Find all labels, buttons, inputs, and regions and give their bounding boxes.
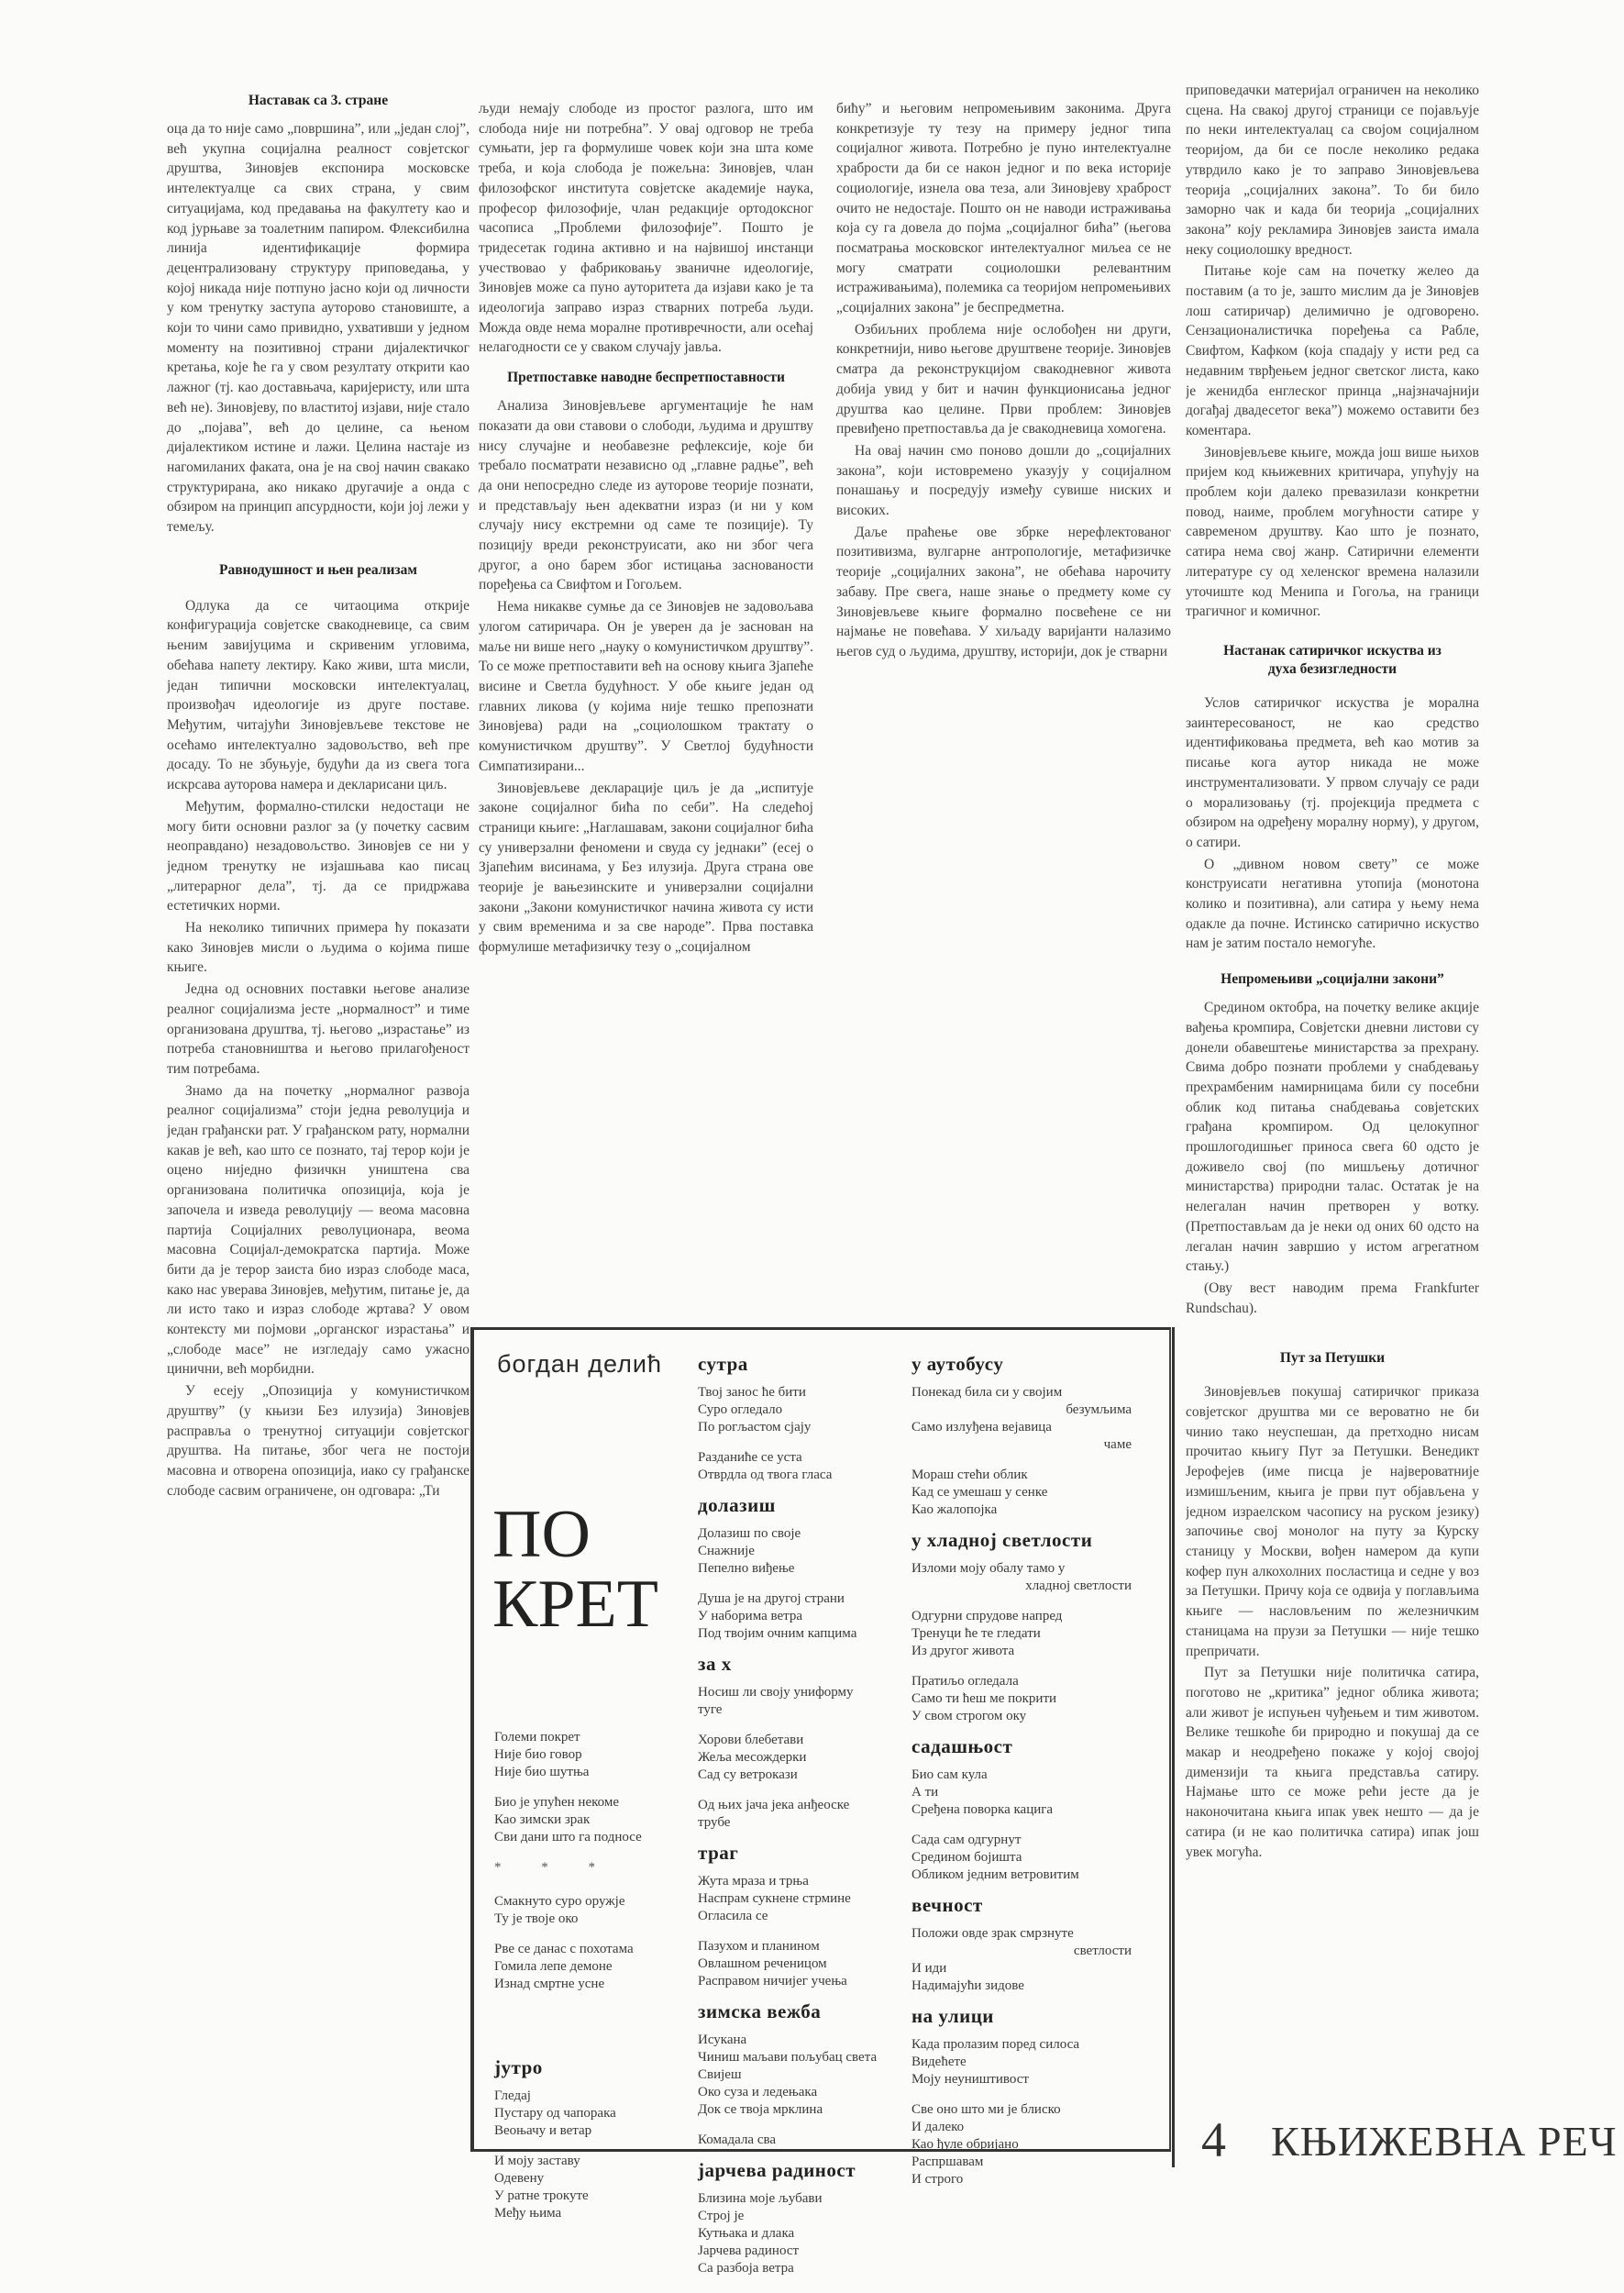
poem-title: долазиш bbox=[698, 1497, 890, 1514]
poem-stanza: Када пролазим поред силосаВидећетеМоју н… bbox=[911, 2036, 1132, 2088]
poem-title: садашњост bbox=[911, 1738, 1132, 1756]
poem-cycle-title: ПО КРЕТ bbox=[492, 1500, 658, 1639]
poem-column-middle: сутраТвој занос ће битиСуро огледалоПо р… bbox=[698, 1346, 890, 2290]
poem-line: Пратиљо огледала bbox=[911, 1673, 1132, 1690]
poem-line: Кутњака и длака bbox=[698, 2225, 890, 2243]
poem-line: Огласила се bbox=[698, 1908, 890, 1925]
poem-line: Расправом ничијег учења bbox=[698, 1973, 890, 1990]
poem-line: Ту је твоје око bbox=[494, 1911, 678, 1928]
col1-paragraphs-a: оца да то није само „површина”, или „јед… bbox=[167, 119, 470, 537]
poem-line: Веоњачу и ветар bbox=[494, 2122, 678, 2140]
poem-column-left: Големи покретНије био говорНије био шутњ… bbox=[494, 1729, 678, 2235]
poem-line: Био је упућен некоме bbox=[494, 1794, 678, 1811]
article-column-2: људи немају слободе из простог разлога, … bbox=[479, 99, 813, 1314]
poem-line: Наспрам сукнене стрмине bbox=[698, 1890, 890, 1908]
poem-stanza: Пазухом и планиномОвлашном реченицомРасп… bbox=[698, 1938, 890, 1990]
poem-title: зимска вежба bbox=[698, 2003, 890, 2021]
poem-line: Душа је на другој страни bbox=[698, 1590, 890, 1608]
poem-line: Видећете bbox=[911, 2054, 1132, 2071]
poem-line: Чиниш маљави пољубац света bbox=[698, 2049, 890, 2066]
poem-line: Смакнуто суро оружје bbox=[494, 1893, 678, 1911]
page-number: 4 bbox=[1201, 2111, 1226, 2168]
poem-line: У свом строгом оку bbox=[911, 1708, 1132, 1725]
poem-line: Долазиш по своје bbox=[698, 1525, 890, 1543]
article-column-3: бићу” и његовим непромењивим законима. Д… bbox=[836, 99, 1171, 1314]
paragraph: У есеју „Опозиција у комунистичком друшт… bbox=[167, 1381, 470, 1501]
poem-line: Сређена поворка кацига bbox=[911, 1801, 1132, 1819]
poem-line: Големи покрет bbox=[494, 1729, 678, 1746]
poem-title-jutro: јутро bbox=[494, 2059, 678, 2077]
poem-line: Гледај bbox=[494, 2088, 678, 2105]
poem-line: Пазухом и планином bbox=[698, 1938, 890, 1955]
poem-box: богдан делић ПО КРЕТ Големи покретНије б… bbox=[470, 1327, 1171, 2152]
poem-line: Понекад била си у својим bbox=[911, 1384, 1132, 1401]
poem-stanza: Смакнуто суро оружјеТу је твоје око bbox=[494, 1893, 678, 1928]
poem-stanza: Све оно што ми је блискоИ далекоКао ђуле… bbox=[911, 2101, 1132, 2188]
paragraph: приповедачки материјал ограничен на неко… bbox=[1186, 81, 1479, 260]
poem-line: И моју заставу bbox=[494, 2153, 678, 2170]
poem-line: Овлашном реченицом bbox=[698, 1955, 890, 1973]
poem-line: Суро огледало bbox=[698, 1401, 890, 1419]
poem-line: Кад се умешаш у сенке bbox=[911, 1484, 1132, 1501]
poem-stanza: Положи овде зрак смрзнутесветлостиИ идиН… bbox=[911, 1925, 1132, 1995]
section-heading-nastanak-line1: Настанак сатиричког искуства из bbox=[1186, 642, 1479, 660]
poem-jutro-stanzas: ГледајПустару од чапоракаВеоњачу и ветар… bbox=[494, 2088, 678, 2222]
poem-stanza: Одгурни спрудове напредТренуци ће те гле… bbox=[911, 1608, 1132, 1660]
poem-line: Тренуци ће те гледати bbox=[911, 1625, 1132, 1643]
poem-stanza: Мораш стећи обликКад се умешаш у сенкеКа… bbox=[911, 1467, 1132, 1519]
poem-line: Као зимски зрак bbox=[494, 1811, 678, 1829]
poem-line: Отврдла од твога гласа bbox=[698, 1467, 890, 1484]
poem-line: Са разбоја ветра bbox=[698, 2260, 890, 2277]
poem-line: Није био шутња bbox=[494, 1764, 678, 1781]
poem-line: Исукана bbox=[698, 2032, 890, 2049]
poem-line: Изломи моју обалу тамо у bbox=[911, 1560, 1132, 1578]
poem-stanza: Комадала сва bbox=[698, 2132, 890, 2149]
poem-title: сутра bbox=[698, 1356, 890, 1373]
poem-stanza: Твој занос ће битиСуро огледалоПо рогљас… bbox=[698, 1384, 890, 1436]
poem-stanza: Хорови блебетавиЖеља месождеркиСад су ве… bbox=[698, 1732, 890, 1784]
paragraph: Средином октобра, на почетку велике акци… bbox=[1186, 998, 1479, 1277]
poem-line: Распршавам bbox=[911, 2154, 1132, 2171]
poem-stanza: Од њих јача јека анђеоскетрубе bbox=[698, 1797, 890, 1832]
poem-line: Сад су ветрокази bbox=[698, 1767, 890, 1784]
poem-line: Носиш ли своју униформу bbox=[698, 1684, 890, 1701]
paragraph: Даље праћење ове збрке нерефлектованог п… bbox=[836, 523, 1171, 662]
paragraph: Анализа Зиновјевљеве аргументације ће на… bbox=[479, 396, 813, 595]
continued-from-label: Наставак са 3. стране bbox=[167, 92, 470, 110]
poem-line: Мораш стећи облик bbox=[911, 1467, 1132, 1484]
poem-line: Око суза и ледењака bbox=[698, 2084, 890, 2101]
section-heading-pretpostavke: Претпоставке наводне беспретпоставности bbox=[479, 369, 813, 387]
poem-line: Надимајући зидове bbox=[911, 1977, 1132, 1995]
article-column-1: Наставак са 3. стране оца да то није сам… bbox=[167, 81, 470, 2177]
poem-line: Само ти ћеш ме покрити bbox=[911, 1690, 1132, 1708]
poem-line: А ти bbox=[911, 1784, 1132, 1801]
poem-line: Одевену bbox=[494, 2170, 678, 2188]
col2-paragraphs-b: Анализа Зиновјевљеве аргументације ће на… bbox=[479, 396, 813, 958]
poem-line: Разданиће се уста bbox=[698, 1449, 890, 1467]
paragraph: оца да то није само „површина”, или „јед… bbox=[167, 119, 470, 537]
paragraph: Пут за Петушки није политичка сатира, по… bbox=[1186, 1663, 1479, 1862]
poem-line: Снажније bbox=[698, 1543, 890, 1560]
poem-separator: * * * bbox=[494, 1859, 678, 1877]
publication-masthead: КЊИЖЕВНА РЕЧ bbox=[1271, 2117, 1618, 2166]
poem-stanza: Пратиљо огледалаСамо ти ћеш ме покритиУ … bbox=[911, 1673, 1132, 1725]
poem-line: Од њих јача јека анђеоске bbox=[698, 1797, 890, 1814]
poem-stanza: ИсуканаЧиниш маљави пољубац светаСвијешО… bbox=[698, 2032, 890, 2119]
poem-title: у хладној светлости bbox=[911, 1532, 1132, 1549]
poem-line: Из другог живота bbox=[911, 1643, 1132, 1660]
article-column-4: приповедачки материјал ограничен на неко… bbox=[1186, 81, 1479, 2085]
poem-line: Док се твоја мрклина bbox=[698, 2101, 890, 2119]
poem-line: Као жалопојка bbox=[911, 1501, 1132, 1519]
poem-line: Обликом једним ветровитим bbox=[911, 1867, 1132, 1884]
poem-line: Моју неуништивост bbox=[911, 2071, 1132, 2088]
poem-title: у аутобусу bbox=[911, 1356, 1132, 1373]
paragraph: На овај начин смо поново дошли до „социј… bbox=[836, 441, 1171, 521]
poem-title: јарчева радиност bbox=[698, 2162, 890, 2179]
poem-line: Јарчева радиност bbox=[698, 2243, 890, 2260]
poem-line: Хорови блебетави bbox=[698, 1732, 890, 1749]
poem-line: Средином бојишта bbox=[911, 1849, 1132, 1867]
poem-line: Близина моје љубави bbox=[698, 2190, 890, 2208]
paragraph: Знамо да на почетку „нормалног развоја р… bbox=[167, 1081, 470, 1380]
poem-line: Међу њима bbox=[494, 2205, 678, 2222]
paragraph: Озбиљних проблема није ослобођен ни друг… bbox=[836, 320, 1171, 439]
paragraph: О „дивном новом свету” се може конструис… bbox=[1186, 855, 1479, 955]
paragraph: бићу” и његовим непромењивим законима. Д… bbox=[836, 99, 1171, 318]
poem-line: Сви дани што га подносе bbox=[494, 1829, 678, 1846]
paragraph: Нема никакве сумње да се Зиновјев не зад… bbox=[479, 597, 813, 776]
poem-line: Само излуђена вејавица bbox=[911, 1419, 1132, 1436]
paragraph: Зиновјевљеве декларације циљ је да „испи… bbox=[479, 779, 813, 958]
poem-line: По рогљастом сјају bbox=[698, 1419, 890, 1436]
col1-paragraphs-b: Одлука да се читаоцима открије конфигура… bbox=[167, 596, 470, 1501]
poem-line: Гомила лепе демоне bbox=[494, 1958, 678, 1976]
poem-stanza: ГледајПустару од чапоракаВеоњачу и ветар bbox=[494, 2088, 678, 2140]
poem-left-stanzas-after: Смакнуто суро оружјеТу је твоје окоРве с… bbox=[494, 1893, 678, 1993]
paragraph: Међутим, формално-стилски недостаци не м… bbox=[167, 797, 470, 916]
poem-stanza: Близина моје љубавиСтрој јеКутњака и дла… bbox=[698, 2190, 890, 2277]
poem-stanza: Понекад била си у својимбезумљимаСамо из… bbox=[911, 1384, 1132, 1454]
paragraph: На неколико типичних примера ћу показати… bbox=[167, 918, 470, 978]
poem-line: Када пролазим поред силоса bbox=[911, 2036, 1132, 2054]
paragraph: (Ову вест наводим према Frankfurter Rund… bbox=[1186, 1279, 1479, 1318]
poem-stanza: Долазиш по својеСнажнијеПепелно виђење bbox=[698, 1525, 890, 1578]
col4-paragraphs-a: приповедачки материјал ограничен на неко… bbox=[1186, 81, 1479, 622]
section-heading-ravnodusnost: Равнодушност и њен реализам bbox=[167, 561, 470, 580]
paragraph: Одлука да се читаоцима открије конфигура… bbox=[167, 596, 470, 795]
poem-line: светлости bbox=[911, 1943, 1132, 1960]
poem-line: Није био говор bbox=[494, 1746, 678, 1764]
poem-line: Пепелно виђење bbox=[698, 1560, 890, 1578]
poem-line: Положи овде зрак смрзнуте bbox=[911, 1925, 1132, 1943]
poem-stanza: Душа је на другој страниУ наборима ветра… bbox=[698, 1590, 890, 1643]
poem-line: Твој занос ће бити bbox=[698, 1384, 890, 1401]
poem-line: Комадала сва bbox=[698, 2132, 890, 2149]
paragraph: Питање које сам на почетку желео да пост… bbox=[1186, 261, 1479, 440]
section-heading-nastanak-line2: духа безизгледности bbox=[1186, 660, 1479, 679]
col4-paragraphs-c: Средином октобра, на почетку велике акци… bbox=[1186, 998, 1479, 1318]
poem-line: И строго bbox=[911, 2171, 1132, 2188]
poem-line: И далеко bbox=[911, 2119, 1132, 2136]
poem-line: туге bbox=[698, 1701, 890, 1719]
poem-line: чаме bbox=[911, 1436, 1132, 1454]
section-heading-nepromenjivi: Непромењиви „социјални закони” bbox=[1186, 970, 1479, 989]
poem-line: Рве се данас с похотама bbox=[494, 1941, 678, 1958]
poem-title: за х bbox=[698, 1656, 890, 1673]
poem-title: траг bbox=[698, 1844, 890, 1862]
poem-stanza: Големи покретНије био говорНије био шутњ… bbox=[494, 1729, 678, 1781]
poem-column-right: у аутобусуПонекад била си у својимбезумљ… bbox=[911, 1346, 1132, 2201]
poem-left-stanzas: Големи покретНије био говорНије био шутњ… bbox=[494, 1729, 678, 1846]
poem-line: Жута мраза и трња bbox=[698, 1873, 890, 1890]
poem-line: И иди bbox=[911, 1960, 1132, 1977]
section-heading-put-za-petuski: Пут за Петушки bbox=[1186, 1349, 1479, 1368]
poem-line: У ратне трокуте bbox=[494, 2188, 678, 2205]
paragraph: људи немају слободе из простог разлога, … bbox=[479, 99, 813, 358]
poem-line: Пустару од чапорака bbox=[494, 2105, 678, 2122]
col4-paragraphs-b: Услов сатиричког искуства је морална заи… bbox=[1186, 693, 1479, 954]
paragraph: Једна од основних поставки његове анализ… bbox=[167, 980, 470, 1080]
poem-stanza: Био је упућен некомеКао зимски зракСви д… bbox=[494, 1794, 678, 1846]
poem-line: Одгурни спрудове напред bbox=[911, 1608, 1132, 1625]
poem-line: трубе bbox=[698, 1814, 890, 1832]
poem-line: Као ђуле обријано bbox=[911, 2136, 1132, 2154]
poem-stanza: Разданиће се устаОтврдла од твога гласа bbox=[698, 1449, 890, 1484]
column-divider-rule bbox=[1172, 1327, 1175, 2167]
poem-line: Сада сам одгурнут bbox=[911, 1832, 1132, 1849]
poem-stanza: Жута мраза и трњаНаспрам сукнене стрмине… bbox=[698, 1873, 890, 1925]
col2-paragraphs-a: људи немају слободе из простог разлога, … bbox=[479, 99, 813, 358]
poem-title: на улици bbox=[911, 2008, 1132, 2025]
poem-line: Жеља месождерки bbox=[698, 1749, 890, 1767]
poem-line: Под твојим очним капцима bbox=[698, 1625, 890, 1643]
poem-stanza: Сада сам одгурнутСредином бојиштаОбликом… bbox=[911, 1832, 1132, 1884]
poem-line: Изнад смртне усне bbox=[494, 1976, 678, 1993]
paragraph: Услов сатиричког искуства је морална заи… bbox=[1186, 693, 1479, 853]
poem-title-line2: КРЕТ bbox=[492, 1569, 658, 1639]
poem-stanza: Био сам кулаА тиСређена поворка кацига bbox=[911, 1767, 1132, 1819]
poem-line: хладној светлости bbox=[911, 1578, 1132, 1595]
poem-author: богдан делић bbox=[497, 1350, 662, 1379]
poem-line: Све оно што ми је блиско bbox=[911, 2101, 1132, 2119]
poem-title-line1: ПО bbox=[492, 1500, 658, 1569]
poem-line: безумљима bbox=[911, 1401, 1132, 1419]
poem-stanza: И моју заставуОдевенуУ ратне трокутеМеђу… bbox=[494, 2153, 678, 2222]
poem-stanza: Изломи моју обалу тамо ухладној светлост… bbox=[911, 1560, 1132, 1595]
poem-stanza: Носиш ли своју униформутуге bbox=[698, 1684, 890, 1719]
col3-paragraphs-a: бићу” и његовим непромењивим законима. Д… bbox=[836, 99, 1171, 662]
poem-line: У наборима ветра bbox=[698, 1608, 890, 1625]
paragraph: Зиновјевљеве књиге, можда још више њихов… bbox=[1186, 443, 1479, 622]
poem-title: вечност bbox=[911, 1897, 1132, 1914]
col4-paragraphs-d: Зиновјевљев покушај сатиричког приказа с… bbox=[1186, 1382, 1479, 1862]
paragraph: Зиновјевљев покушај сатиричког приказа с… bbox=[1186, 1382, 1479, 1661]
poem-line: Био сам кула bbox=[911, 1767, 1132, 1784]
poem-line: Свијеш bbox=[698, 2066, 890, 2084]
poem-stanza: Рве се данас с похотамаГомила лепе демон… bbox=[494, 1941, 678, 1993]
poem-line: Строј је bbox=[698, 2208, 890, 2225]
